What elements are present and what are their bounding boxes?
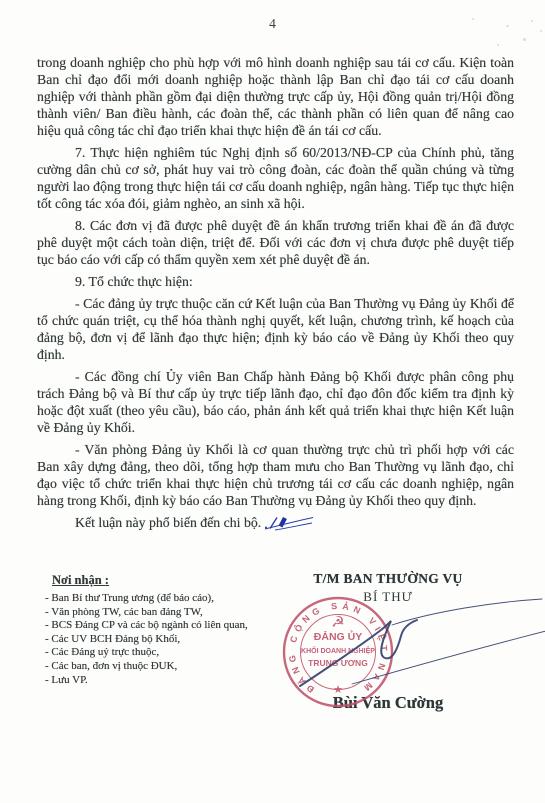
scan-noise-speck xyxy=(540,30,542,32)
stamp-inner-ring xyxy=(301,615,376,690)
paragraph-text: trong doanh nghiệp cho phù hợp với mô hì… xyxy=(37,55,514,138)
closing-line: Kết luận này phổ biến đến chi bộ. xyxy=(37,514,514,531)
scanned-document-page: 4 trong doanh nghiệp cho phù hợp với mô … xyxy=(0,0,545,803)
paragraph-continuation: trong doanh nghiệp cho phù hợp với mô hì… xyxy=(37,54,514,139)
signer-title: BÍ THƯ xyxy=(283,589,493,605)
paragraph-text: - Các đảng ủy trực thuộc căn cứ Kết luận… xyxy=(37,296,514,362)
recipient-item: - Các Đảng uỷ trực thuộc, xyxy=(45,646,280,660)
document-body: trong doanh nghiệp cho phù hợp với mô hì… xyxy=(37,54,514,536)
signature-flourish-lower xyxy=(352,631,545,684)
recipient-item: - Văn phòng TW, các ban đảng TW, xyxy=(45,606,280,620)
paragraph-text: - Các đồng chí Ủy viên Ban Chấp hành Đản… xyxy=(37,369,514,435)
scan-noise-speck xyxy=(523,38,526,41)
recipients-header: Nơi nhận : xyxy=(45,573,280,588)
recipient-item: - Các ban, đơn vị thuộc ĐUK, xyxy=(45,660,280,674)
party-seal-stamp: ĐẢNG CỘNG SẢN VIỆT NAM ☭ ĐẢNG ỦY KHỐI DO… xyxy=(284,598,392,706)
paragraph-text: Kết luận này phổ biến đến chi bộ. xyxy=(75,515,261,530)
signature-main-stroke xyxy=(300,620,417,686)
stamp-ring-text: ĐẢNG CỘNG SẢN VIỆT NAM xyxy=(287,600,389,695)
ink-signature xyxy=(300,599,545,686)
scan-noise-speck xyxy=(497,44,499,46)
paragraph-bullet-3: - Văn phòng Đảng ủy Khối là cơ quan thườ… xyxy=(37,441,514,509)
scan-noise-speck xyxy=(531,20,533,22)
recipients-block: Nơi nhận : - Ban Bí thư Trung ương (để b… xyxy=(45,573,280,687)
signer-name: Bùi Văn Cường xyxy=(283,693,493,713)
page-number: 4 xyxy=(0,16,545,32)
paragraph-item-8: 8. Các đơn vị đã được phê duyệt đề án kh… xyxy=(37,217,514,268)
recipient-item: - Các UV BCH Đảng bộ Khối, xyxy=(45,633,280,647)
stamp-center-line2: KHỐI DOANH NGHIỆP xyxy=(301,645,375,655)
paragraph-text: 7. Thực hiện nghiêm túc Nghị định số 60/… xyxy=(37,145,514,211)
paragraph-bullet-1: - Các đảng ủy trực thuộc căn cứ Kết luận… xyxy=(37,295,514,363)
signature-block: T/M BAN THƯỜNG VỤ BÍ THƯ xyxy=(283,571,493,605)
paragraph-bullet-2: - Các đồng chí Ủy viên Ban Chấp hành Đản… xyxy=(37,368,514,436)
recipient-item: - Ban Bí thư Trung ương (để báo cáo), xyxy=(45,592,280,606)
stamp-center-line1: ĐẢNG ỦY xyxy=(314,630,362,643)
paragraph-text: 9. Tổ chức thực hiện: xyxy=(75,274,193,289)
scan-noise-speck xyxy=(472,18,474,20)
signing-authority: T/M BAN THƯỜNG VỤ xyxy=(283,571,493,587)
stamp-outer-ring xyxy=(284,598,392,706)
paragraph-item-7: 7. Thực hiện nghiêm túc Nghị định số 60/… xyxy=(37,144,514,212)
paragraph-item-9-heading: 9. Tổ chức thực hiện: xyxy=(37,273,514,290)
handwritten-pen-mark-icon xyxy=(263,514,315,531)
scan-noise-speck xyxy=(506,25,509,27)
recipient-item: - Lưu VP. xyxy=(45,674,280,688)
paragraph-text: 8. Các đơn vị đã được phê duyệt đề án kh… xyxy=(37,218,514,267)
stamp-center-line3: TRUNG ƯƠNG xyxy=(308,658,368,668)
hammer-sickle-icon: ☭ xyxy=(331,614,344,631)
paragraph-text: - Văn phòng Đảng ủy Khối là cơ quan thườ… xyxy=(37,442,514,508)
recipient-item: - BCS Đảng CP và các bộ ngành có liên qu… xyxy=(45,619,280,633)
